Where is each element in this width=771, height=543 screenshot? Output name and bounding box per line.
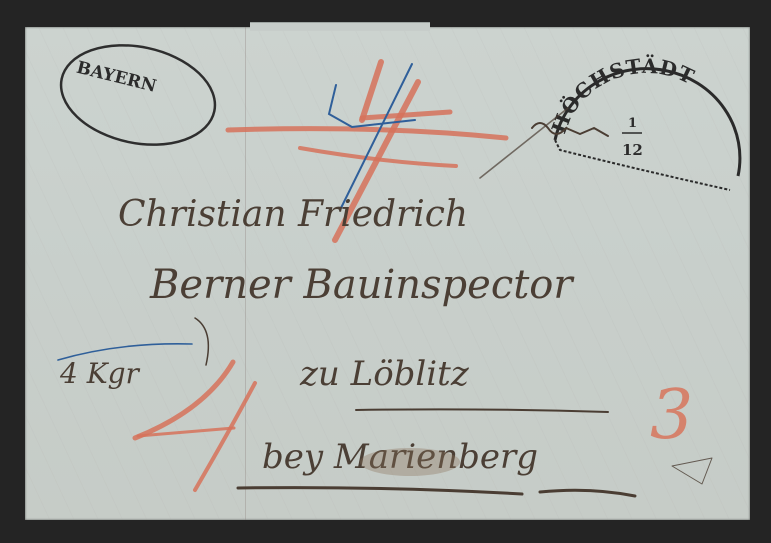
letter-markings: BAYERN HÖCHSTÄDT 1 12 Christian Friedric… <box>0 0 771 543</box>
manuscript-rate-text: 4 Kgr <box>59 357 141 390</box>
town-postmark: HÖCHSTÄDT 1 12 <box>547 54 740 190</box>
manuscript-rate: 4 Kgr <box>58 318 208 390</box>
red-rate-three-text: 3 <box>650 376 693 455</box>
postmark-month: 12 <box>622 141 643 159</box>
salutation-herrn <box>480 108 608 178</box>
address-line-surname-title: Berner Bauinspector <box>149 262 575 308</box>
postmark-day: 1 <box>628 116 637 131</box>
postmark-town: HÖCHSTÄDT <box>547 54 699 137</box>
svg-text:HÖCHSTÄDT: HÖCHSTÄDT <box>547 54 699 137</box>
address-line-town: zu Löblitz <box>299 354 470 394</box>
address-block: Christian Friedrich Berner Bauinspector … <box>118 194 712 496</box>
red-rate-three: 3 <box>650 376 693 455</box>
red-rate-one <box>135 362 255 490</box>
bayern-oval-stamp: BAYERN <box>52 32 225 158</box>
bayern-stamp-text: BAYERN <box>74 58 158 97</box>
address-line-name: Christian Friedrich <box>118 194 468 235</box>
